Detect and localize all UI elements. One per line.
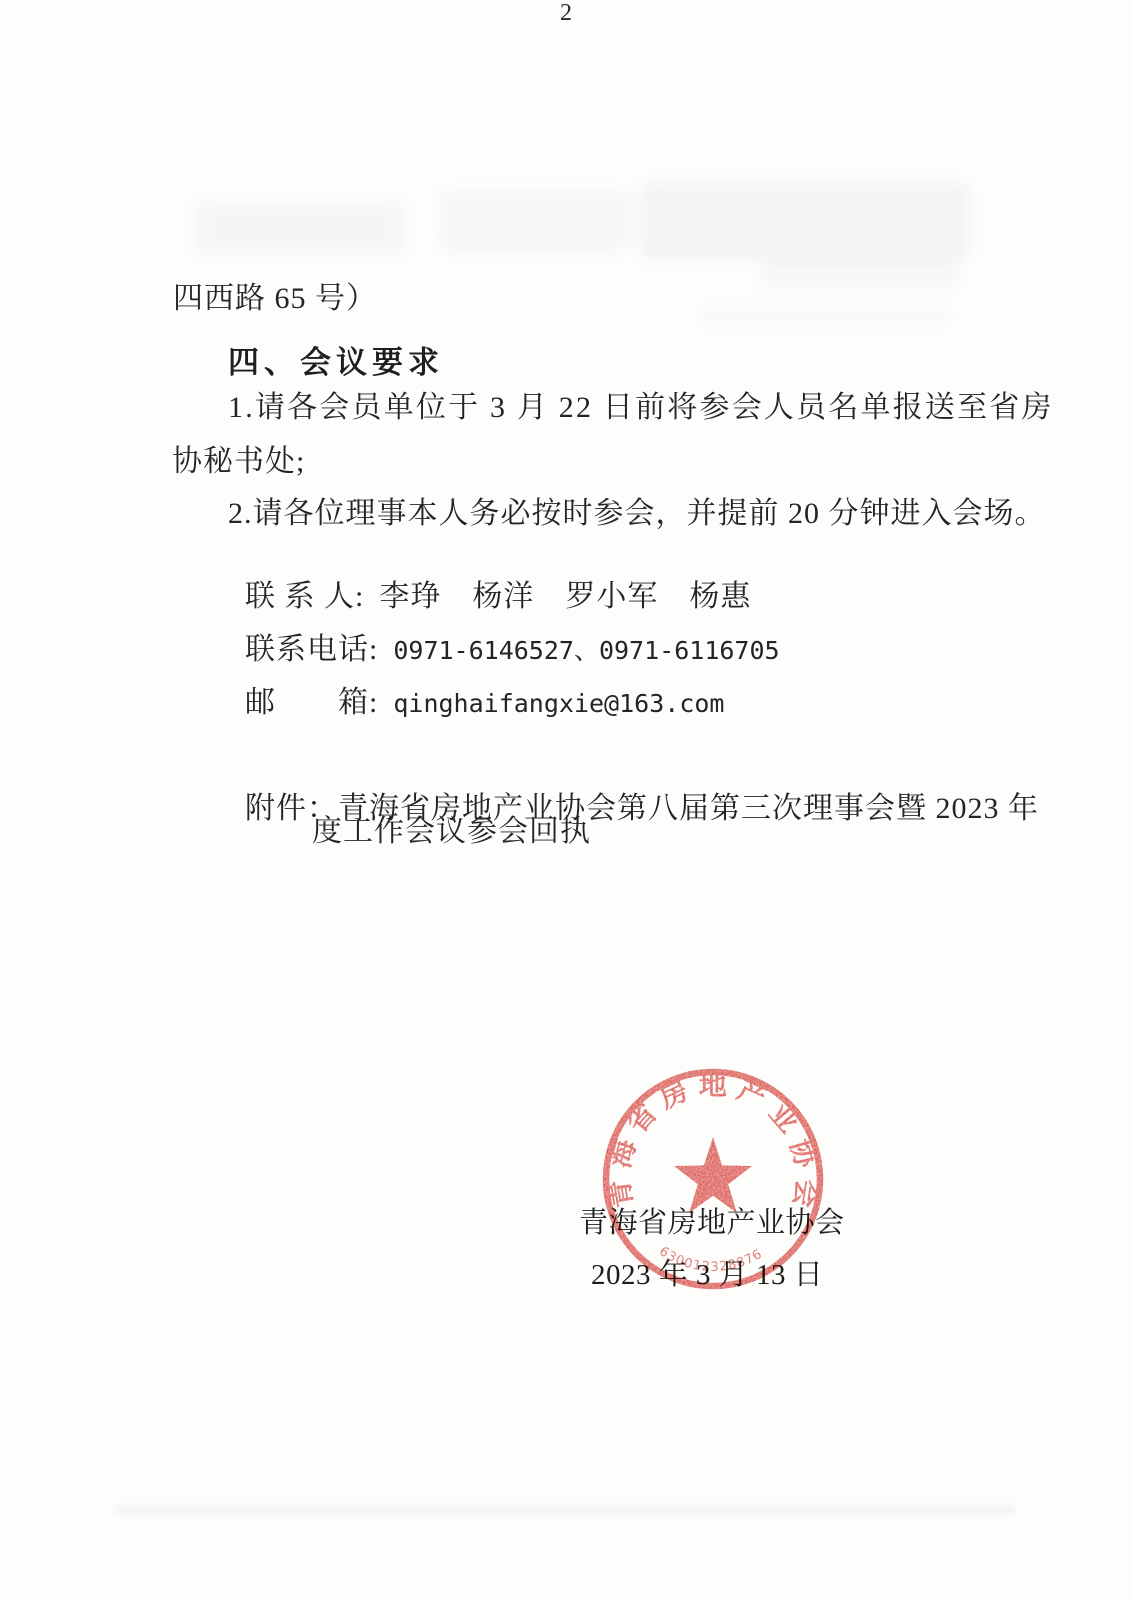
seal-star-icon: [674, 1137, 752, 1213]
item-1-line-2: 协秘书处;: [172, 447, 305, 477]
scan-streak: [115, 1505, 1015, 1514]
official-seal: 青海省房地产业协会 630012328876: [598, 1064, 828, 1294]
email-address: qinghaifangxie@163.com: [393, 689, 724, 718]
seal-code: 630012328876: [656, 1244, 765, 1275]
scan-ghosting-blob: [440, 190, 630, 252]
contact-line: 联 系 人:李琤 杨洋 罗小军 杨惠: [228, 552, 751, 612]
section-heading: 四、会议要求: [228, 337, 444, 382]
scan-ghosting-blob: [640, 182, 970, 260]
scan-ghosting-blob: [760, 255, 960, 289]
email-line: 邮 箱:qinghaifangxie@163.com: [228, 658, 724, 718]
email-label: 邮 箱:: [245, 686, 378, 719]
seal-code-holder: 630012328876: [656, 1244, 765, 1275]
attachment-line-2: 度工作会议参会回执: [312, 817, 591, 847]
phone-line: 联系电话:0971-6146527、0971-6116705: [228, 605, 780, 665]
page-number: 2: [0, 0, 1132, 27]
item-2-line: 2.请各位理事本人务必按时参会，并提前 20 分钟进入会场。: [228, 499, 1046, 529]
item-1-line-1: 1.请各会员单位于 3 月 22 日前将参会人员名单报送至省房: [228, 393, 1054, 423]
address-continuation-line: 四西路 65 号）: [173, 284, 377, 314]
scan-ghosting-blob: [195, 200, 405, 255]
scan-ghosting-blob: [700, 305, 950, 325]
document-page: { "document": { "address_line": "四西路 65 …: [0, 0, 1132, 1600]
official-seal-graphic: 青海省房地产业协会 630012328876: [598, 1064, 828, 1294]
